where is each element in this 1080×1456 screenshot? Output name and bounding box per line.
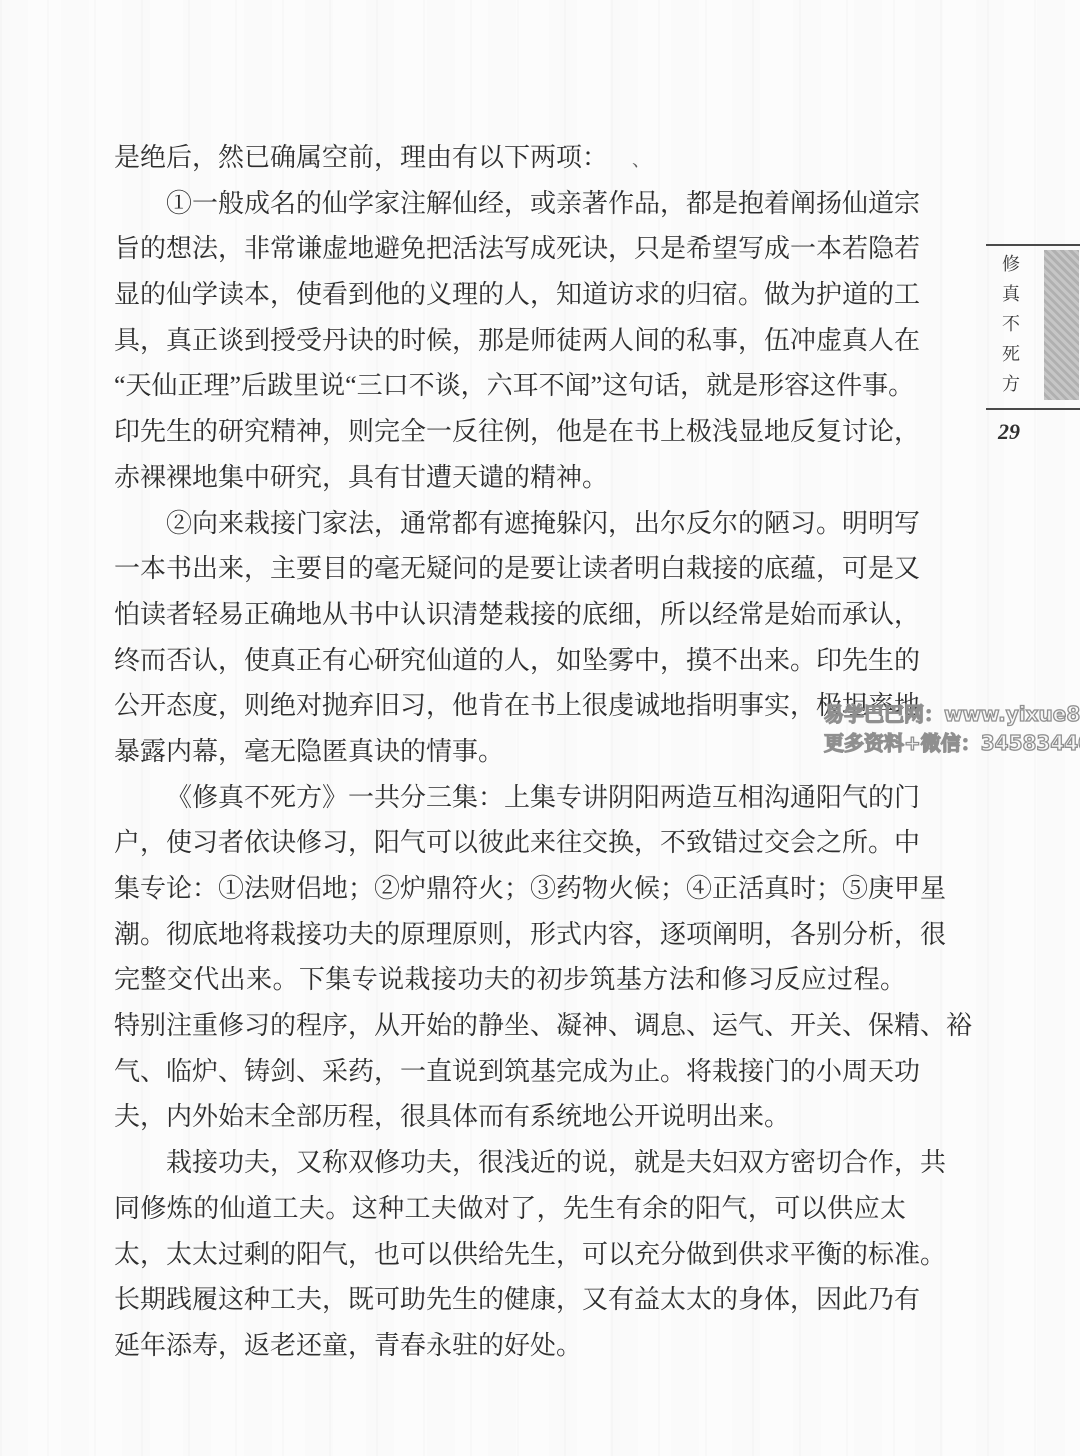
- text-line: 暴露内幕，毫无隐匿真诀的情事。: [114, 729, 906, 775]
- text-line: 《修真不死方》一共分三集：上集专讲阴阳两造互相沟通阳气的门: [114, 775, 906, 821]
- text-line: 长期践履这种工夫，既可助先生的健康，又有益太太的身体，因此乃有: [114, 1277, 906, 1323]
- text-line: 显的仙学读本，使看到他的义理的人，知道访求的归宿。做为护道的工: [114, 272, 906, 318]
- text-line: 太，太太过剩的阳气，也可以供给先生，可以充分做到供求平衡的标准。: [114, 1232, 906, 1278]
- page-number: 29: [998, 419, 1020, 445]
- text-line: “天仙正理”后跋里说“三口不谈，六耳不闻”这句话，就是形容这件事。: [114, 363, 906, 409]
- text-line: 特别注重修习的程序，从开始的静坐、凝神、调息、运气、开关、保精、裕: [114, 1003, 906, 1049]
- margin-rule-top: [986, 244, 1080, 246]
- text-line: ②向来栽接门家法，通常都有遮掩躲闪，出尔反尔的陋习。明明写: [114, 501, 906, 547]
- text-line: 栽接功夫，又称双修功夫，很浅近的说，就是夫妇双方密切合作，共: [114, 1140, 906, 1186]
- text-line: 是绝后，然已确属空前，理由有以下两项：: [114, 135, 906, 181]
- text-line: 完整交代出来。下集专说栽接功夫的初步筑基方法和修习反应过程。: [114, 957, 906, 1003]
- book-title-vertical: 修真不死方: [997, 254, 1023, 404]
- text-line: 同修炼的仙道工夫。这种工夫做对了，先生有余的阳气，可以供应太: [114, 1186, 906, 1232]
- text-line: 集专论：①法财侣地；②炉鼎符火；③药物火候；④正活真时；⑤庚甲星: [114, 866, 906, 912]
- text-line: 终而否认，使真正有心研究仙道的人，如坠雾中，摸不出来。印先生的: [114, 638, 906, 684]
- text-line: 一本书出来，主要目的毫无疑问的是要让读者明白栽接的底蕴，可是又: [114, 546, 906, 592]
- watermark-site-line: 易学巴巴网：www.yixue88.cn: [824, 700, 1080, 729]
- text-line: ①一般成名的仙学家注解仙经，或亲著作品，都是抱着阐扬仙道宗: [114, 181, 906, 227]
- stray-dot-mark: 、: [632, 146, 650, 172]
- text-line: 夫，内外始末全部历程，很具体而有系统地公开说明出来。: [114, 1094, 906, 1140]
- text-line: 旨的想法，非常谦虚地避免把活法写成死诀，只是希望写成一本若隐若: [114, 226, 906, 272]
- body-text-column: 是绝后，然已确属空前，理由有以下两项：①一般成名的仙学家注解仙经，或亲著作品，都…: [114, 135, 906, 1369]
- text-line: 具，真正谈到授受丹诀的时候，那是师徒两人间的私事，伍冲虚真人在: [114, 318, 906, 364]
- text-line: 延年添寿，返老还童，青春永驻的好处。: [114, 1323, 906, 1369]
- text-line: 气、临炉、铸剑、采药，一直说到筑基完成为止。将栽接门的小周天功: [114, 1049, 906, 1095]
- text-line: 公开态度，则绝对抛弃旧习，他肯在书上很虔诚地指明事实，极坦率地: [114, 683, 906, 729]
- text-line: 怕读者轻易正确地从书中认识清楚栽接的底细，所以经常是始而承认，: [114, 592, 906, 638]
- text-line: 印先生的研究精神，则完全一反往例，他是在书上极浅显地反复讨论，: [114, 409, 906, 455]
- margin-shade-block: [1044, 250, 1079, 400]
- text-line: 赤裸裸地集中研究，具有甘遭天谴的精神。: [114, 455, 906, 501]
- scanned-book-page: { "page": { "stray_mark": "、" }, "body":…: [0, 0, 1080, 1456]
- text-line: 户，使习者依诀修习，阳气可以彼此来往交换，不致错过交会之所。中: [114, 820, 906, 866]
- watermark: 易学巴巴网：www.yixue88.cn 更多资料+微信：3458344044: [824, 700, 1080, 758]
- text-line: 潮。彻底地将栽接功夫的原理原则，形式内容，逐项阐明，各别分析，很: [114, 912, 906, 958]
- margin-rule-bottom: [986, 408, 1080, 410]
- watermark-contact-line: 更多资料+微信：3458344044: [824, 729, 1080, 758]
